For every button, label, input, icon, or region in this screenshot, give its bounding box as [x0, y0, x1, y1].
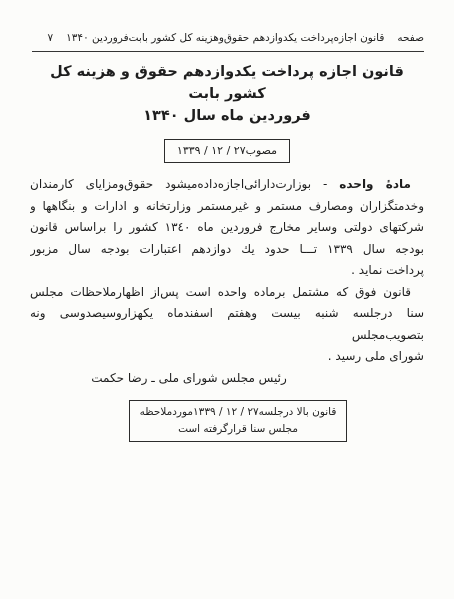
article-line: شرکتهای دولتی وسایر مخارج فروردین ماه ۱۳…	[30, 217, 424, 239]
approval-stamp-box: مصوب۲۷ / ۱۲ / ۱۳۳۹	[164, 139, 290, 163]
running-title: قانون اجازه‌پرداخت یکدوازدهم حقوق‌وهزینه…	[66, 31, 384, 46]
article-line: وخدمتگزاران ومصارف مستمر و غیرمستمر وزار…	[30, 196, 424, 218]
signature-line: رئیس مجلس شورای ملی ـ رضا حکمت	[0, 368, 386, 390]
article-line: مادهٔ واحده - بوزارت‌دارائی‌اجازه‌داده‌م…	[30, 174, 424, 196]
page-header: صفحه قانون اجازه‌پرداخت یکدوازدهم حقوق‌و…	[30, 31, 424, 46]
page-label: صفحه	[397, 31, 424, 46]
document-title-line2: فروردین ماه سال ۱۳۴۰	[30, 105, 424, 127]
header-rule	[32, 51, 424, 52]
document-title: قانون اجازه پرداخت یکدوازدهم حقوق و هزین…	[30, 61, 424, 127]
senate-note-box: قانون بالا درجلسه۲۷ / ۱۲ / ۱۳۳۹موردملاحظ…	[129, 400, 348, 442]
article-line1-rest: - بوزارت‌دارائی‌اجازه‌داده‌میشود حقوق‌وم…	[30, 177, 339, 191]
senate-note-line2: مجلس سنا قرارگرفته است	[140, 421, 337, 438]
article-line: پرداخت نماید .	[30, 260, 424, 282]
ratification-line: سنا درجلسه شنبه بیست وهفتم اسفندماه یکهز…	[30, 303, 424, 346]
ratification-line: قانون فوق که مشتمل برماده واحده است پس‌ا…	[30, 282, 424, 304]
law-body: مادهٔ واحده - بوزارت‌دارائی‌اجازه‌داده‌م…	[30, 174, 424, 389]
gazette-page: صفحه قانون اجازه‌پرداخت یکدوازدهم حقوق‌و…	[0, 0, 454, 599]
article-line: بودجه سال ۱۳۳۹ تـــا حدود یك دوازدهم اعت…	[30, 239, 424, 261]
document-title-line1: قانون اجازه پرداخت یکدوازدهم حقوق و هزین…	[30, 61, 424, 105]
senate-note-line1: قانون بالا درجلسه۲۷ / ۱۲ / ۱۳۳۹موردملاحظ…	[140, 404, 337, 421]
article-lead: مادهٔ واحده	[339, 177, 411, 191]
page-number: ۷	[48, 31, 54, 46]
approval-stamp-text: مصوب۲۷ / ۱۲ / ۱۳۳۹	[177, 144, 277, 157]
ratification-line: شورای ملی رسید .	[30, 346, 424, 368]
